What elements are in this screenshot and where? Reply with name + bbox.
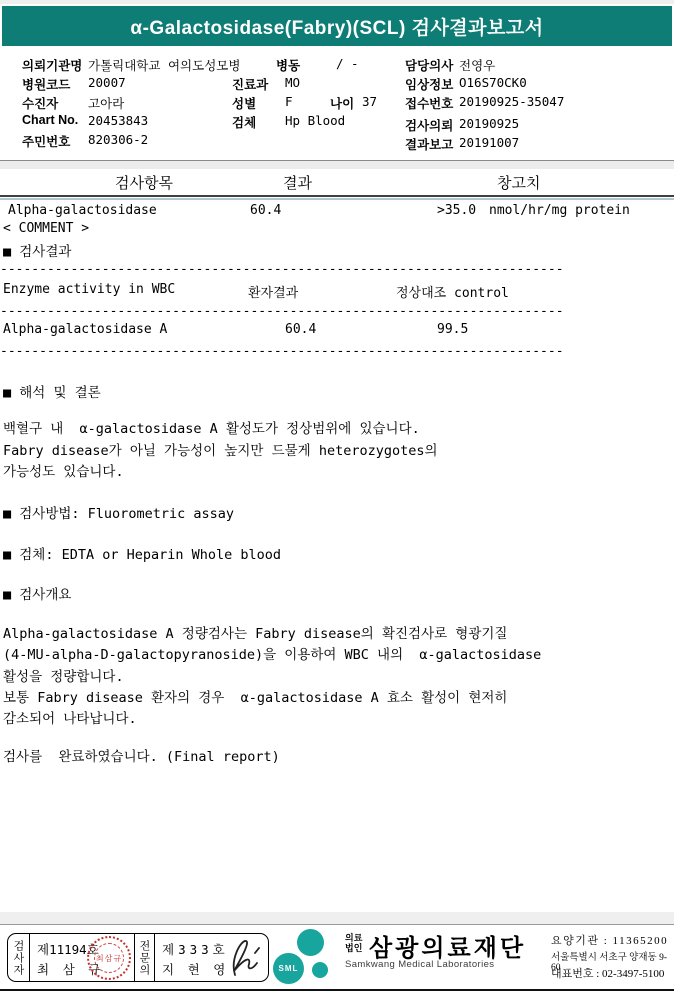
- interpretation-line: 백혈구 내 α-galactosidase A 활성도가 정상범위에 있습니다.: [3, 417, 420, 437]
- org-label: 의뢰기관명: [22, 56, 82, 74]
- hospital-code-value: 20007: [88, 75, 126, 90]
- age-value: 37: [362, 94, 377, 109]
- clinical-info-value: O16S70CK0: [459, 75, 527, 90]
- enzyme-row-control: 99.5: [437, 322, 468, 337]
- signature-box: 검사자 제11194호 최 삼 규 최삼규 전문의 제333호 지 현 영: [7, 933, 269, 982]
- rrn-label: 주민번호: [22, 132, 70, 150]
- org-value: 가톨릭대학교 여의도성모병: [88, 56, 240, 74]
- enzyme-row-patient: 60.4: [285, 322, 316, 337]
- table-header-teal-rule: [0, 198, 674, 200]
- dept-label: 진료과: [232, 75, 268, 93]
- rrn-value: 820306-2: [88, 132, 148, 147]
- patient-value: 고아라: [88, 94, 124, 112]
- overview-line: 감소되어 나타납니다.: [3, 707, 137, 727]
- overview-line: (4-MU-alpha-D-galactopyranoside)을 이용하여 W…: [3, 643, 541, 663]
- enzyme-col2: 환자결과: [248, 282, 298, 301]
- examiner-role: 검사자: [13, 940, 24, 976]
- chart-no-label: Chart No.: [22, 113, 78, 127]
- lab-report-page: α-Galactosidase(Fabry)(SCL) 검사결과보고서 의뢰기관…: [0, 0, 674, 993]
- dash-line: ----------------------------------------…: [0, 344, 564, 359]
- ward-value: / -: [336, 56, 359, 71]
- sex-value: F: [285, 94, 293, 109]
- col-header-item: 검사항목: [115, 172, 173, 193]
- logo-circle-top: [297, 929, 324, 956]
- enzyme-col1: Enzyme activity in WBC: [3, 282, 175, 297]
- overview-line: 보통 Fabry disease 환자의 경우 α-galactosidase …: [3, 686, 507, 706]
- logo-circle-small: [312, 962, 328, 978]
- ward-label: 병동: [276, 56, 300, 74]
- specimen-line: ■ 검체: EDTA or Heparin Whole blood: [3, 543, 281, 563]
- enzyme-row-item: Alpha-galactosidase A: [3, 322, 167, 337]
- sml-logo-icon: SML: [273, 929, 337, 991]
- report-date-value: 20191007: [459, 135, 519, 150]
- clinical-info-label: 임상정보: [405, 75, 453, 93]
- section-title-result: ■ 검사결과: [3, 240, 71, 260]
- accession-label: 접수번호: [405, 94, 453, 112]
- final-report-line: 검사를 완료하였습니다. (Final report): [3, 745, 280, 765]
- specialist-cert-no: 제333호: [162, 940, 229, 958]
- overview-line: Alpha-galactosidase A 정량검사는 Fabry diseas…: [3, 622, 507, 642]
- corp-type-line2: 법인: [345, 943, 362, 953]
- logo-circle-sml: SML: [273, 953, 304, 984]
- bottom-border-line: [0, 989, 674, 991]
- result-reference: >35.0: [437, 203, 476, 218]
- corp-type-line1: 의료: [345, 933, 362, 943]
- dept-value: MO: [285, 75, 300, 90]
- patient-label: 수진자: [22, 94, 58, 112]
- chart-no-value: 20453843: [88, 113, 148, 128]
- doctor-value: 전영우: [459, 56, 495, 74]
- company-phone: 대표번호 : 02-3497-5100: [551, 965, 664, 981]
- order-date-value: 20190925: [459, 116, 519, 131]
- dash-line: ----------------------------------------…: [0, 304, 564, 319]
- col-header-reference: 창고치: [497, 172, 540, 193]
- interpretation-line: Fabry disease가 아닐 가능성이 높지만 드물게 heterozyg…: [3, 439, 438, 459]
- company-name: 삼광의료재단: [369, 928, 526, 963]
- section-title-interpretation: ■ 해석 및 결론: [3, 381, 101, 401]
- examiner-role-cell: 검사자: [8, 934, 30, 981]
- result-unit: nmol/hr/mg protein: [489, 203, 630, 218]
- overview-line: 활성을 정량합니다.: [3, 665, 124, 685]
- specimen-label: 검체: [232, 113, 256, 131]
- result-item: Alpha-galactosidase: [8, 203, 157, 218]
- specialist-name: 지 현 영: [162, 960, 228, 978]
- col-header-result: 결과: [283, 172, 312, 193]
- top-gray-strip: [0, 0, 674, 4]
- report-date-label: 결과보고: [405, 135, 453, 153]
- report-title: α-Galactosidase(Fabry)(SCL) 검사결과보고서: [130, 13, 543, 40]
- enzyme-col3: 정상대조 control: [396, 282, 509, 301]
- dash-line: ----------------------------------------…: [0, 262, 564, 277]
- method-line: ■ 검사방법: Fluorometric assay: [3, 502, 234, 522]
- footer-gray-band: [0, 912, 674, 925]
- specimen-value: Hp Blood: [285, 113, 345, 128]
- sex-label: 성별: [232, 94, 256, 112]
- corp-type-label: 의료 법인: [345, 933, 362, 953]
- specialist-role-cell: 전문의: [134, 934, 154, 981]
- age-label: 나이: [330, 94, 354, 112]
- specialist-cell: 제333호 지 현 영: [154, 934, 268, 981]
- section-title-overview: ■ 검사개요: [3, 583, 71, 603]
- order-date-label: 검사의뢰: [405, 116, 453, 134]
- company-name-en: Samkwang Medical Laboratories: [345, 959, 494, 970]
- accession-value: 20190925-35047: [459, 94, 564, 109]
- signature-icon: [221, 935, 265, 981]
- logo-sml-text: SML: [279, 964, 299, 973]
- doctor-label: 담당의사: [405, 56, 453, 74]
- comment-header: < COMMENT >: [3, 221, 89, 236]
- interpretation-line: 가능성도 있습니다.: [3, 460, 124, 480]
- care-org-number: 요양기관 : 11365200: [551, 932, 668, 948]
- specialist-role: 전문의: [139, 940, 150, 976]
- table-header-dark-rule: [0, 195, 674, 197]
- red-seal-stamp-icon: 최삼규: [87, 936, 131, 980]
- red-seal-stamp-text: 최삼규: [94, 943, 124, 973]
- examiner-cell: 제11194호 최 삼 규 최삼규: [30, 934, 134, 981]
- table-header-gray-band: [0, 161, 674, 169]
- result-value: 60.4: [250, 203, 281, 218]
- hospital-code-label: 병원코드: [22, 75, 70, 93]
- report-title-band: α-Galactosidase(Fabry)(SCL) 검사결과보고서: [2, 6, 672, 46]
